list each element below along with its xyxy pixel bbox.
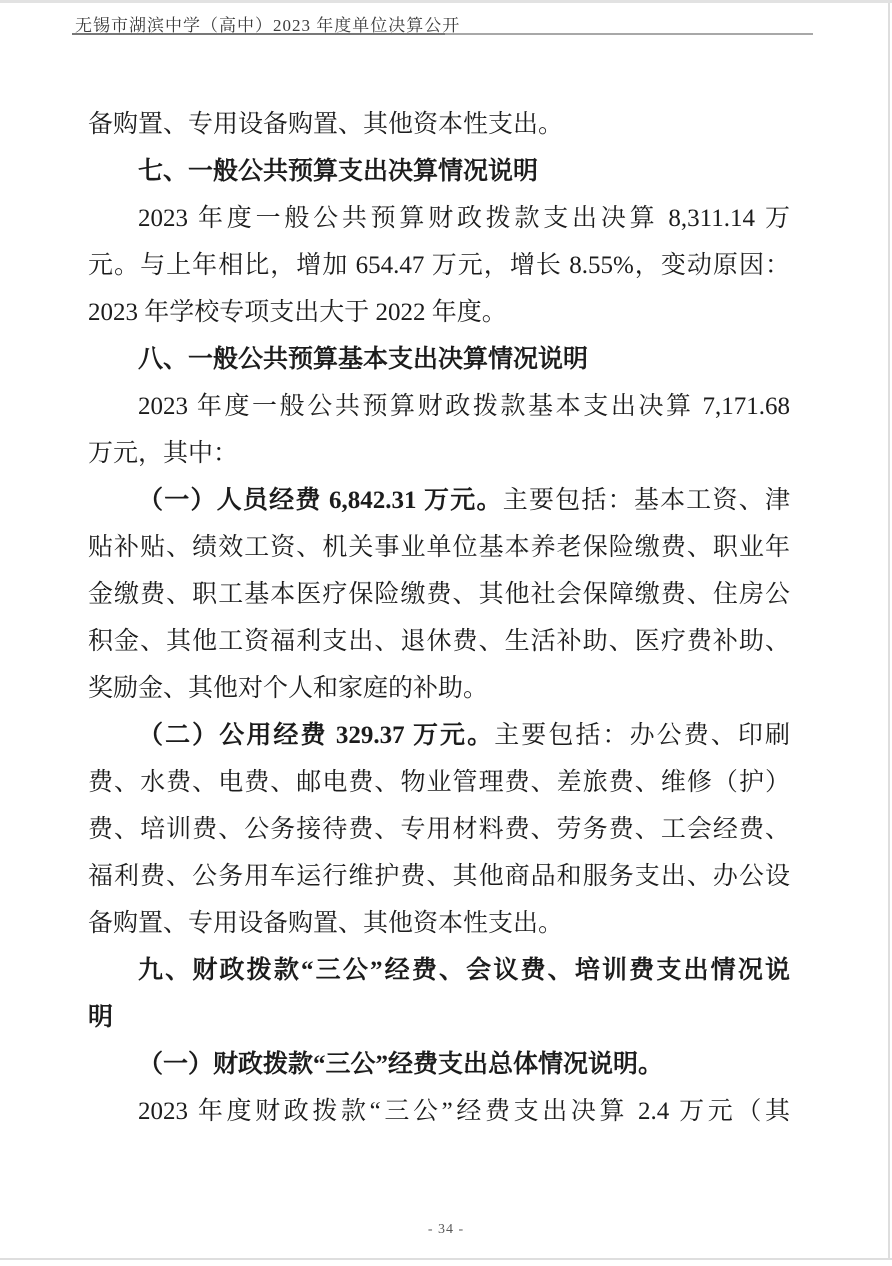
text-line: 2023 年度一般公共预算财政拨款支出决算 8,311.14 万 xyxy=(88,195,790,242)
text-line: 福利费、公务用车运行维护费、其他商品和服务支出、办公设 xyxy=(88,853,790,900)
text-line: （一）人员经费 6,842.31 万元。主要包括：基本工资、津 xyxy=(88,477,790,524)
text-line: 金缴费、职工基本医疗保险缴费、其他社会保障缴费、住房公 xyxy=(88,571,790,618)
text-line: 贴补贴、绩效工资、机关事业单位基本养老保险缴费、职业年 xyxy=(88,524,790,571)
text-line: 明 xyxy=(88,994,790,1041)
text-line: 费、水费、电费、邮电费、物业管理费、差旅费、维修（护） xyxy=(88,759,790,806)
page: 无锡市湖滨中学（高中）2023 年度单位决算公开 备购置、专用设备购置、其他资本… xyxy=(0,0,892,1266)
page-footer: - 34 - xyxy=(0,1222,892,1238)
text-line-rest: 主要包括：基本工资、津 xyxy=(503,487,790,514)
text-line: 七、一般公共预算支出决算情况说明 xyxy=(88,148,790,195)
text-line: 奖励金、其他对个人和家庭的补助。 xyxy=(88,665,790,712)
text-line: 备购置、专用设备购置、其他资本性支出。 xyxy=(88,900,790,947)
text-line: 2023 年学校专项支出大于 2022 年度。 xyxy=(88,289,790,336)
text-line: （一）财政拨款“三公”经费支出总体情况说明。 xyxy=(88,1041,790,1088)
text-line: 九、财政拨款“三公”经费、会议费、培训费支出情况说 xyxy=(88,947,790,994)
text-line-rest: 主要包括：办公费、印刷 xyxy=(494,722,790,749)
text-line: 万元，其中： xyxy=(88,430,790,477)
text-line-bold-prefix: （一）人员经费 6,842.31 万元。 xyxy=(138,487,503,514)
text-line: （二）公用经费 329.37 万元。主要包括：办公费、印刷 xyxy=(88,712,790,759)
text-line: 2023 年度一般公共预算财政拨款基本支出决算 7,171.68 xyxy=(88,383,790,430)
document-body: 备购置、专用设备购置、其他资本性支出。七、一般公共预算支出决算情况说明2023 … xyxy=(88,101,790,1135)
header-rule xyxy=(72,33,813,35)
text-line: 积金、其他工资福利支出、退休费、生活补助、医疗费补助、 xyxy=(88,618,790,665)
page-edge-top xyxy=(0,0,892,3)
text-line-bold-prefix: （二）公用经费 329.37 万元。 xyxy=(138,722,494,749)
text-line: 八、一般公共预算基本支出决算情况说明 xyxy=(88,336,790,383)
text-line: 元。与上年相比，增加 654.47 万元，增长 8.55%，变动原因： xyxy=(88,242,790,289)
text-line: 费、培训费、公务接待费、专用材料费、劳务费、工会经费、 xyxy=(88,806,790,853)
text-line: 备购置、专用设备购置、其他资本性支出。 xyxy=(88,101,790,148)
text-line: 2023 年度财政拨款“三公”经费支出决算 2.4 万元（其 xyxy=(88,1088,790,1135)
page-edge-bottom xyxy=(0,1258,892,1260)
page-number: - 34 - xyxy=(428,1222,464,1237)
page-edge-right xyxy=(888,3,890,1260)
